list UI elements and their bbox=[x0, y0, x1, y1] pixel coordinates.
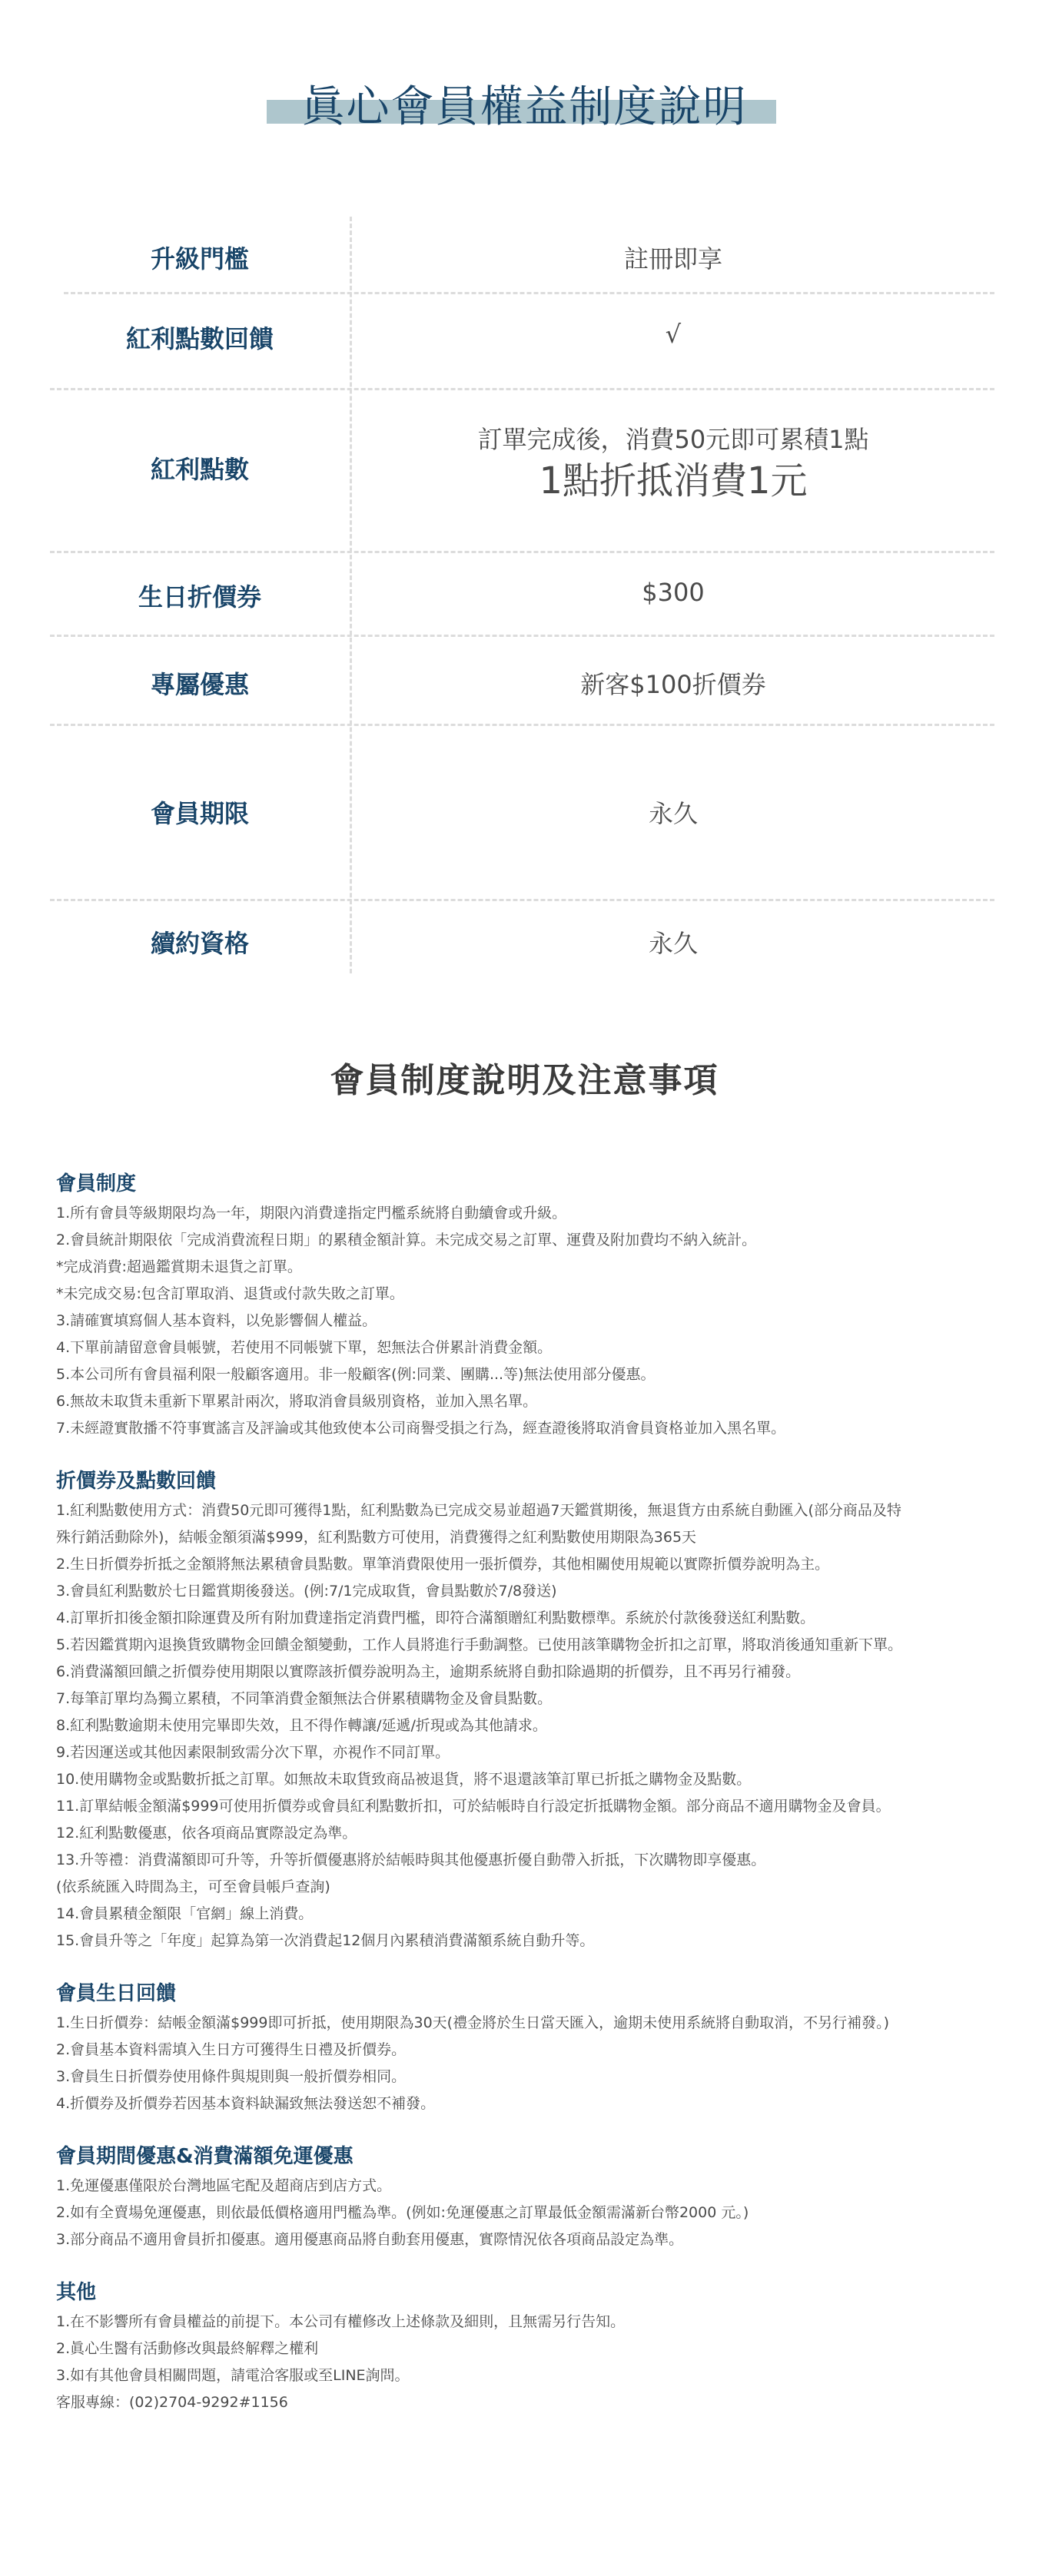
row-label: 會員期限 bbox=[50, 794, 350, 830]
note-line: 5.本公司所有會員福利限一般顧客適用。非一般顧客(例:同業、團購...等)無法使… bbox=[56, 1361, 1009, 1388]
section-heading: 會員制度 bbox=[56, 1168, 1009, 1200]
row-value: 永久 bbox=[352, 794, 994, 830]
note-line: 7.未經證實散播不符事實謠言及評論或其他致使本公司商譽受損之行為，經查證後將取消… bbox=[56, 1415, 1009, 1442]
note-line: 2.會員基本資料需填入生日方可獲得生日禮及折價券。 bbox=[56, 2037, 1009, 2064]
section-coupons-points: 折價券及點數回饋 1.紅利點數使用方式：消費50元即可獲得1點，紅利點數為已完成… bbox=[56, 1465, 1009, 1954]
section-other: 其他 1.在不影響所有會員權益的前提下。本公司有權修改上述條款及細則，且無需另行… bbox=[56, 2276, 1009, 2416]
note-line: 3.會員紅利點數於七日鑑賞期後發送。(例:7/1完成取貨，會員點數於7/8發送) bbox=[56, 1578, 1009, 1605]
note-line: 1.免運優惠僅限於台灣地區宅配及超商店到店方式。 bbox=[56, 2173, 1009, 2200]
note-line: 12.紅利點數優惠，依各項商品實際設定為準。 bbox=[56, 1820, 1009, 1847]
row-label: 續約資格 bbox=[50, 924, 350, 960]
row-label: 生日折價券 bbox=[50, 578, 350, 613]
note-line: 2.生日折價券折抵之金額將無法累積會員點數。單筆消費限使用一張折價券，其他相關使… bbox=[56, 1551, 1009, 1578]
section-heading: 會員期間優惠&消費滿額免運優惠 bbox=[56, 2140, 1009, 2173]
section-birthday: 會員生日回饋 1.生日折價券：結帳金額滿$999即可折抵，使用期限為30天(禮金… bbox=[56, 1978, 1009, 2117]
row-value: 新客$100折價券 bbox=[352, 665, 994, 701]
points-redeem-rule: 1點折抵消費1元 bbox=[352, 456, 994, 506]
note-line: *完成消費:超過鑑賞期未退貨之訂單。 bbox=[56, 1254, 1009, 1281]
note-line: 11.訂單結帳金額滿$999可使用折價券或會員紅利點數折扣，可於結帳時自行設定折… bbox=[56, 1793, 1009, 1820]
row-divider bbox=[50, 724, 994, 726]
row-divider bbox=[50, 899, 994, 901]
note-line: 5.若因鑑賞期內退換貨致購物金回饋金額變動，工作人員將進行手動調整。已使用該筆購… bbox=[56, 1632, 1009, 1659]
row-divider bbox=[50, 388, 994, 390]
row-value: 永久 bbox=[352, 924, 994, 960]
note-line: 9.若因運送或其他因素限制致需分次下單，亦視作不同訂單。 bbox=[56, 1739, 1009, 1766]
benefits-table: 升級門檻 註冊即享 紅利點數回饋 √ 紅利點數 訂單完成後，消費50元即可累積1… bbox=[0, 0, 1049, 999]
note-line: 14.會員累積金額限「官網」線上消費。 bbox=[56, 1901, 1009, 1928]
note-line: *未完成交易:包含訂單取消、退貨或付款失敗之訂單。 bbox=[56, 1281, 1009, 1308]
note-line: (依系統匯入時間為主，可至會員帳戶查詢) bbox=[56, 1874, 1009, 1901]
row-label: 專屬優惠 bbox=[50, 665, 350, 701]
row-label: 升級門檻 bbox=[50, 240, 350, 275]
note-line: 3.請確實填寫個人基本資料，以免影響個人權益。 bbox=[56, 1308, 1009, 1334]
row-value: 註冊即享 bbox=[352, 240, 994, 275]
row-label: 紅利點數回饋 bbox=[50, 320, 350, 355]
note-line: 1.紅利點數使用方式：消費50元即可獲得1點，紅利點數為已完成交易並超過7天鑑賞… bbox=[56, 1497, 1009, 1524]
note-line: 7.每筆訂單均為獨立累積，不同筆消費金額無法合併累積購物金及會員點數。 bbox=[56, 1686, 1009, 1712]
section-heading: 折價券及點數回饋 bbox=[56, 1465, 1009, 1497]
note-line: 15.會員升等之「年度」起算為第一次消費起12個月內累積消費滿額系統自動升等。 bbox=[56, 1928, 1009, 1954]
section-heading: 會員生日回饋 bbox=[56, 1978, 1009, 2010]
notes-title: 會員制度說明及注意事項 bbox=[0, 1054, 1049, 1108]
row-divider bbox=[50, 635, 994, 637]
note-line: 4.訂單折扣後金額扣除運費及所有附加費達指定消費門檻，即符合滿額贈紅利點數標準。… bbox=[56, 1605, 1009, 1632]
note-line: 2.會員統計期限依「完成消費流程日期」的累積金額計算。未完成交易之訂單、運費及附… bbox=[56, 1227, 1009, 1254]
note-line: 2.如有全賣場免運優惠，則依最低價格適用門檻為準。(例如:免運優惠之訂單最低金額… bbox=[56, 2200, 1009, 2226]
customer-service-phone: 客服專線：(02)2704-9292#1156 bbox=[56, 2389, 1009, 2416]
note-line: 13.升等禮：消費滿額即可升等，升等折價優惠將於結帳時與其他優惠折優自動帶入折抵… bbox=[56, 1847, 1009, 1874]
note-line: 3.會員生日折價券使用條件與規則與一般折價券相同。 bbox=[56, 2064, 1009, 2090]
section-membership: 會員制度 1.所有會員等級期限均為一年，期限內消費達指定門檻系統將自動續會或升級… bbox=[56, 1168, 1009, 1442]
row-label: 紅利點數 bbox=[50, 450, 350, 486]
note-line: 4.折價券及折價券若因基本資料缺漏致無法發送恕不補發。 bbox=[56, 2090, 1009, 2117]
note-line: 8.紅利點數逾期未使用完畢即失效，且不得作轉讓/延遞/折現或為其他請求。 bbox=[56, 1712, 1009, 1739]
note-line: 殊行銷活動除外)，結帳金額須滿$999，紅利點數方可使用，消費獲得之紅利點數使用… bbox=[56, 1524, 1009, 1551]
note-line: 1.所有會員等級期限均為一年，期限內消費達指定門檻系統將自動續會或升級。 bbox=[56, 1200, 1009, 1227]
note-line: 10.使用購物金或點數折抵之訂單。如無故未取貨致商品被退貨，將不退還該筆訂單已折… bbox=[56, 1766, 1009, 1793]
note-line: 1.在不影響所有會員權益的前提下。本公司有權修改上述條款及細則，且無需另行告知。 bbox=[56, 2309, 1009, 2336]
row-divider bbox=[64, 292, 994, 294]
notes-body: 會員制度 1.所有會員等級期限均為一年，期限內消費達指定門檻系統將自動續會或升級… bbox=[56, 1168, 1009, 2439]
section-free-shipping: 會員期間優惠&消費滿額免運優惠 1.免運優惠僅限於台灣地區宅配及超商店到店方式。… bbox=[56, 2140, 1009, 2253]
note-line: 1.生日折價券：結帳金額滿$999即可折抵，使用期限為30天(禮金將於生日當天匯… bbox=[56, 2010, 1009, 2037]
section-heading: 其他 bbox=[56, 2276, 1009, 2309]
points-earn-rule: 訂單完成後，消費50元即可累積1點 bbox=[352, 423, 994, 456]
note-line: 2.眞心生醫有活動修改與最終解釋之權利 bbox=[56, 2336, 1009, 2362]
note-line: 3.如有其他會員相關問題，請電洽客服或至LINE詢問。 bbox=[56, 2362, 1009, 2389]
note-line: 3.部分商品不適用會員折扣優惠。適用優惠商品將自動套用優惠，實際情況依各項商品設… bbox=[56, 2226, 1009, 2253]
check-mark: √ bbox=[352, 320, 994, 349]
row-divider bbox=[50, 551, 994, 553]
row-value: 訂單完成後，消費50元即可累積1點 1點折抵消費1元 bbox=[352, 423, 994, 506]
row-value: $300 bbox=[352, 578, 994, 607]
note-line: 6.無故未取貨未重新下單累計兩次，將取消會員級別資格，並加入黑名單。 bbox=[56, 1388, 1009, 1415]
note-line: 4.下單前請留意會員帳號，若使用不同帳號下單，恕無法合併累計消費金額。 bbox=[56, 1334, 1009, 1361]
note-line: 6.消費滿額回饋之折價券使用期限以實際該折價券說明為主，逾期系統將自動扣除過期的… bbox=[56, 1659, 1009, 1686]
